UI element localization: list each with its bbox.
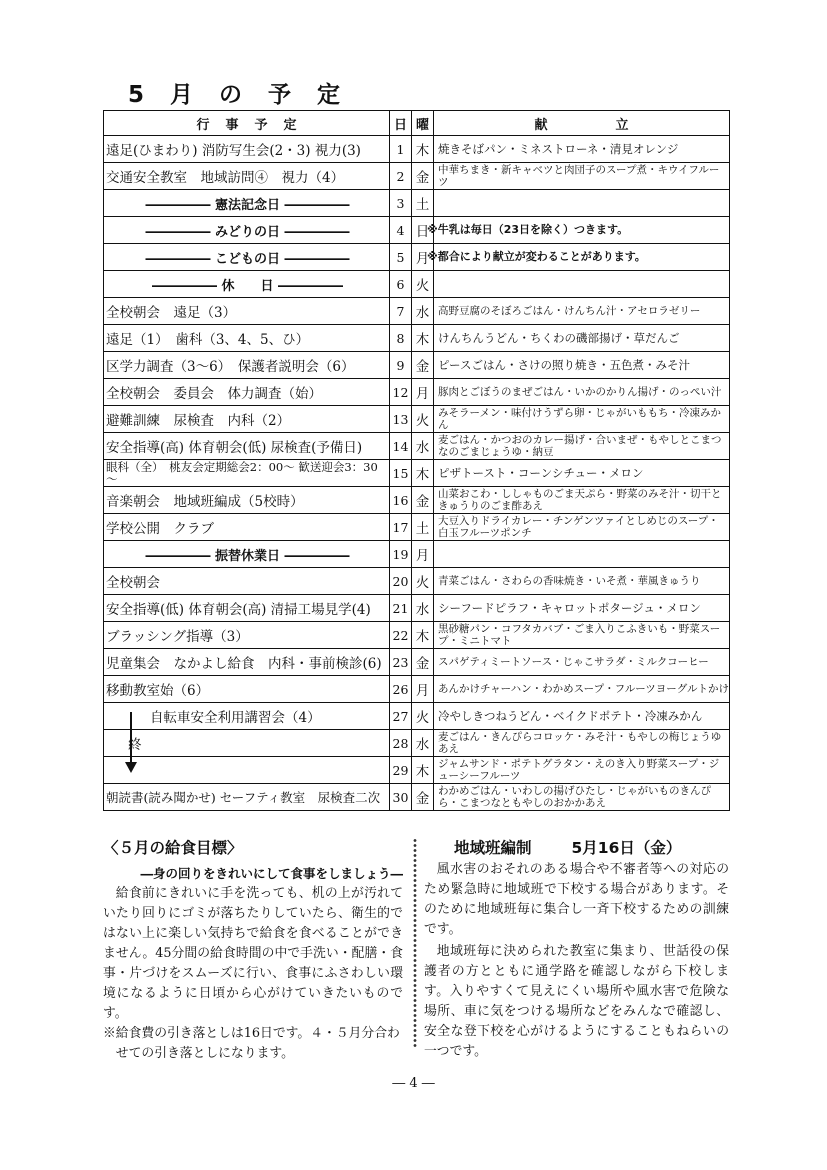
title-char: 月 xyxy=(170,76,193,109)
weekday-cell: 月 xyxy=(412,379,434,406)
holiday-cell: ――――― 憲法記念日 ――――― xyxy=(104,190,390,217)
menu-cell: シーフードピラフ・キャロットポタージュ・メロン xyxy=(434,595,730,622)
weekday-cell: 土 xyxy=(412,514,434,541)
holiday-cell: ――――― 振替休業日 ――――― xyxy=(104,541,390,568)
table-header-row: 行事予定 日 曜 献立 xyxy=(104,111,730,136)
lunch-goal-body: 給食前にきれいに手を洗っても、机の上が汚れていたり回りにゴミが落ちたりしていたら… xyxy=(103,884,403,1024)
menu-cell: 高野豆腐のそぼろごはん・けんちん汁・アセロラゼリー xyxy=(434,298,730,325)
holiday-cell: ――――― みどりの日 ――――― xyxy=(104,217,390,244)
district-group-date: 5月16日（金） xyxy=(572,839,682,857)
table-row: 安全指導(高) 体育朝会(低) 尿検査(予備日)14水麦ごはん・かつおのカレー揚… xyxy=(104,433,730,460)
weekday-cell: 水 xyxy=(412,433,434,460)
menu-cell xyxy=(434,190,730,217)
day-cell: 5 xyxy=(390,244,412,271)
menu-cell: 焼きそばパン・ミネストローネ・清見オレンジ xyxy=(434,136,730,163)
day-cell: 2 xyxy=(390,163,412,190)
menu-cell: 麦ごはん・きんぴらコロッケ・みそ汁・もやしの梅じょうゆあえ xyxy=(434,730,730,757)
table-row: 全校朝会20火青菜ごはん・さわらの香味焼き・いそ煮・華風きゅうり xyxy=(104,568,730,595)
district-group-title: 地域班編制 xyxy=(454,839,532,857)
title-char: の xyxy=(219,76,242,109)
weekday-cell: 木 xyxy=(412,325,434,352)
weekday-cell: 金 xyxy=(412,784,434,811)
menu-cell: わかめごはん・いわしの揚げひたし・じゃがいものきんぴら・こまつなともやしのおかか… xyxy=(434,784,730,811)
table-row: 避難訓練 尿検査 内科（2）13火みそラーメン・味付けうずら卵・じゃがいももち・… xyxy=(104,406,730,433)
menu-cell: みそラーメン・味付けうずら卵・じゃがいももち・冷凍みかん xyxy=(434,406,730,433)
table-row: 安全指導(低) 体育朝会(高) 清掃工場見学(4)21水シーフードピラフ・キャロ… xyxy=(104,595,730,622)
menu-cell: スパゲティミートソース・じゃこサラダ・ミルクコーヒー xyxy=(434,649,730,676)
day-cell: 13 xyxy=(390,406,412,433)
day-cell: 12 xyxy=(390,379,412,406)
event-cell: 自転車安全利用講習会（4） xyxy=(104,703,390,730)
event-cell: 安全指導(低) 体育朝会(高) 清掃工場見学(4) xyxy=(104,595,390,622)
table-row: 遠足（1） 歯科（3、4、5、ひ）8木けんちんうどん・ちくわの磯部揚げ・草だんご xyxy=(104,325,730,352)
menu-cell: ピースごはん・さけの照り焼き・五色煮・みそ汁 xyxy=(434,352,730,379)
table-row: 全校朝会 遠足（3）7水高野豆腐のそぼろごはん・けんちん汁・アセロラゼリー xyxy=(104,298,730,325)
menu-cell: 山菜おこわ・ししゃものごま天ぷら・野菜のみそ汁・切干ときゅうりのごま酢あえ xyxy=(434,487,730,514)
event-cell: 移動教室始（6） xyxy=(104,676,390,703)
day-cell: 19 xyxy=(390,541,412,568)
table-row: 自転車安全利用講習会（4）27火冷やしきつねうどん・ベイクドポテト・冷凍みかん xyxy=(104,703,730,730)
menu-cell: あんかけチャーハン・わかめスープ・フルーツヨーグルトかけ xyxy=(434,676,730,703)
weekday-cell: 金 xyxy=(412,163,434,190)
header-day: 日 xyxy=(390,111,412,136)
day-cell: 4 xyxy=(390,217,412,244)
menu-note: ※都合により献立が変わることがあります。 xyxy=(434,244,730,271)
weekday-cell: 土 xyxy=(412,190,434,217)
arrow-down-icon xyxy=(125,762,137,773)
table-row: 全校朝会 委員会 体力調査（始）12月豚肉とごぼうのまぜごはん・いかのかりん揚げ… xyxy=(104,379,730,406)
table-row: ――――― こどもの日 ―――――5月※都合により献立が変わることがあります。 xyxy=(104,244,730,271)
menu-cell: ピザトースト・コーンシチュー・メロン xyxy=(434,460,730,487)
weekday-cell: 木 xyxy=(412,757,434,784)
event-cell: 終 xyxy=(104,730,390,757)
event-cell: 遠足（1） 歯科（3、4、5、ひ） xyxy=(104,325,390,352)
day-cell: 26 xyxy=(390,676,412,703)
weekday-cell: 火 xyxy=(412,406,434,433)
weekday-cell: 火 xyxy=(412,271,434,298)
weekday-cell: 水 xyxy=(412,730,434,757)
page-title: 5月の予定 xyxy=(128,76,366,109)
event-cell: 避難訓練 尿検査 内科（2） xyxy=(104,406,390,433)
menu-cell: 冷やしきつねうどん・ベイクドポテト・冷凍みかん xyxy=(434,703,730,730)
header-events: 行事予定 xyxy=(104,111,390,136)
event-cell: 全校朝会 xyxy=(104,568,390,595)
header-menu: 献立 xyxy=(434,111,730,136)
menu-cell: 中華ちまき・新キャベツと肉団子のスープ煮・キウイフルーツ xyxy=(434,163,730,190)
title-char: 予 xyxy=(268,76,291,109)
menu-cell: けんちんうどん・ちくわの磯部揚げ・草だんご xyxy=(434,325,730,352)
dotted-divider xyxy=(412,838,418,1048)
header-weekday: 曜 xyxy=(412,111,434,136)
menu-cell: 豚肉とごぼうのまぜごはん・いかのかりん揚げ・のっぺい汁 xyxy=(434,379,730,406)
day-cell: 15 xyxy=(390,460,412,487)
lunch-goal-title: 〈５月の給食目標〉 xyxy=(103,836,403,858)
period-arrow-line xyxy=(130,712,132,766)
event-cell: 学校公開 クラブ xyxy=(104,514,390,541)
weekday-cell: 水 xyxy=(412,298,434,325)
lunch-fee-note: ※給食費の引き落としは16日です。４・５月分合わせての引き落としになります。 xyxy=(103,1024,403,1064)
menu-cell: 麦ごはん・かつおのカレー揚げ・合いまぜ・もやしとこまつなのごまじょうゆ・納豆 xyxy=(434,433,730,460)
day-cell: 9 xyxy=(390,352,412,379)
menu-note: ※牛乳は毎日（23日を除く）つきます。 xyxy=(434,217,730,244)
day-cell: 27 xyxy=(390,703,412,730)
table-row: 朝読書(読み聞かせ) セーフティ教室 尿検査二次30金わかめごはん・いわしの揚げ… xyxy=(104,784,730,811)
event-cell: ブラッシング指導（3） xyxy=(104,622,390,649)
lunch-goal-section: 〈５月の給食目標〉 ―身の回りをきれいにして食事をしましょう― 給食前にきれいに… xyxy=(103,836,403,1064)
weekday-cell: 火 xyxy=(412,703,434,730)
event-cell: 音楽朝会 地域班編成（5校時） xyxy=(104,487,390,514)
day-cell: 30 xyxy=(390,784,412,811)
day-cell: 22 xyxy=(390,622,412,649)
event-cell: 安全指導(高) 体育朝会(低) 尿検査(予備日) xyxy=(104,433,390,460)
event-cell: 区学力調査（3～6） 保護者説明会（6） xyxy=(104,352,390,379)
weekday-cell: 金 xyxy=(412,649,434,676)
district-group-para-2: 地域班毎に決められた教室に集まり、世話役の保護者の方とともに通学路を確認しながら… xyxy=(424,942,729,1062)
weekday-cell: 木 xyxy=(412,136,434,163)
day-cell: 28 xyxy=(390,730,412,757)
table-row: 音楽朝会 地域班編成（5校時）16金山菜おこわ・ししゃものごま天ぷら・野菜のみそ… xyxy=(104,487,730,514)
table-row: 眼科（全） 桃友会定期総会2：00～ 歓送迎会3：30～15木ピザトースト・コー… xyxy=(104,460,730,487)
title-char: 定 xyxy=(317,76,340,109)
district-group-section: 地域班編制5月16日（金） 風水害のおそれのある場合や不審者等への対応のため緊急… xyxy=(424,836,729,1062)
table-row: 移動教室始（6）26月あんかけチャーハン・わかめスープ・フルーツヨーグルトかけ xyxy=(104,676,730,703)
weekday-cell: 水 xyxy=(412,595,434,622)
day-cell: 23 xyxy=(390,649,412,676)
event-cell: 遠足(ひまわり) 消防写生会(2・3) 視力(3) xyxy=(104,136,390,163)
menu-cell: 黒砂糖パン・コフタカバブ・ごま入りこふきいも・野菜スープ・ミニトマト xyxy=(434,622,730,649)
day-cell: 17 xyxy=(390,514,412,541)
weekday-cell: 火 xyxy=(412,568,434,595)
event-cell: 朝読書(読み聞かせ) セーフティ教室 尿検査二次 xyxy=(104,784,390,811)
event-cell xyxy=(104,757,390,784)
table-row: ブラッシング指導（3）22木黒砂糖パン・コフタカバブ・ごま入りこふきいも・野菜ス… xyxy=(104,622,730,649)
menu-cell: ジャムサンド・ポテトグラタン・えのき入り野菜スープ・ジューシーフルーツ xyxy=(434,757,730,784)
title-char: 5 xyxy=(128,82,144,108)
event-cell: 眼科（全） 桃友会定期総会2：00～ 歓送迎会3：30～ xyxy=(104,460,390,487)
page-number: ― 4 ― xyxy=(0,1076,827,1091)
district-group-heading: 地域班編制5月16日（金） xyxy=(424,836,729,858)
event-cell: 全校朝会 委員会 体力調査（始） xyxy=(104,379,390,406)
table-row: 遠足(ひまわり) 消防写生会(2・3) 視力(3)1木焼きそばパン・ミネストロー… xyxy=(104,136,730,163)
event-cell: 交通安全教室 地域訪問④ 視力（4） xyxy=(104,163,390,190)
table-row: 29木ジャムサンド・ポテトグラタン・えのき入り野菜スープ・ジューシーフルーツ xyxy=(104,757,730,784)
menu-cell: 大豆入りドライカレー・チンゲンツァイとしめじのスープ・白玉フルーツポンチ xyxy=(434,514,730,541)
table-row: ――――― 振替休業日 ―――――19月 xyxy=(104,541,730,568)
day-cell: 14 xyxy=(390,433,412,460)
lunch-goal-subtitle: ―身の回りをきれいにして食事をしましょう― xyxy=(103,864,403,882)
table-row: 児童集会 なかよし給食 内科・事前検診(6)23金スパゲティミートソース・じゃこ… xyxy=(104,649,730,676)
menu-cell xyxy=(434,271,730,298)
day-cell: 1 xyxy=(390,136,412,163)
menu-cell xyxy=(434,541,730,568)
event-cell: 全校朝会 遠足（3） xyxy=(104,298,390,325)
day-cell: 8 xyxy=(390,325,412,352)
holiday-cell: ――――― こどもの日 ――――― xyxy=(104,244,390,271)
menu-cell: 青菜ごはん・さわらの香味焼き・いそ煮・華風きゅうり xyxy=(434,568,730,595)
day-cell: 7 xyxy=(390,298,412,325)
weekday-cell: 木 xyxy=(412,622,434,649)
table-row: 区学力調査（3～6） 保護者説明会（6）9金ピースごはん・さけの照り焼き・五色煮… xyxy=(104,352,730,379)
district-group-para-1: 風水害のおそれのある場合や不審者等への対応のため緊急時に地域班で下校する場合があ… xyxy=(424,860,729,940)
table-row: 終28水麦ごはん・きんぴらコロッケ・みそ汁・もやしの梅じょうゆあえ xyxy=(104,730,730,757)
weekday-cell: 月 xyxy=(412,676,434,703)
table-row: ――――― 憲法記念日 ―――――3土 xyxy=(104,190,730,217)
day-cell: 16 xyxy=(390,487,412,514)
day-cell: 6 xyxy=(390,271,412,298)
day-cell: 3 xyxy=(390,190,412,217)
event-cell: 児童集会 なかよし給食 内科・事前検診(6) xyxy=(104,649,390,676)
weekday-cell: 金 xyxy=(412,487,434,514)
weekday-cell: 月 xyxy=(412,541,434,568)
schedule-table: 行事予定 日 曜 献立 遠足(ひまわり) 消防写生会(2・3) 視力(3)1木焼… xyxy=(103,110,730,811)
day-cell: 21 xyxy=(390,595,412,622)
table-row: 学校公開 クラブ17土大豆入りドライカレー・チンゲンツァイとしめじのスープ・白玉… xyxy=(104,514,730,541)
weekday-cell: 木 xyxy=(412,460,434,487)
weekday-cell: 金 xyxy=(412,352,434,379)
table-row: 交通安全教室 地域訪問④ 視力（4）2金中華ちまき・新キャベツと肉団子のスープ煮… xyxy=(104,163,730,190)
table-row: ――――― みどりの日 ―――――4日※牛乳は毎日（23日を除く）つきます。 xyxy=(104,217,730,244)
day-cell: 29 xyxy=(390,757,412,784)
holiday-cell: ――――― 休 日 ――――― xyxy=(104,271,390,298)
day-cell: 20 xyxy=(390,568,412,595)
table-row: ――――― 休 日 ―――――6火 xyxy=(104,271,730,298)
